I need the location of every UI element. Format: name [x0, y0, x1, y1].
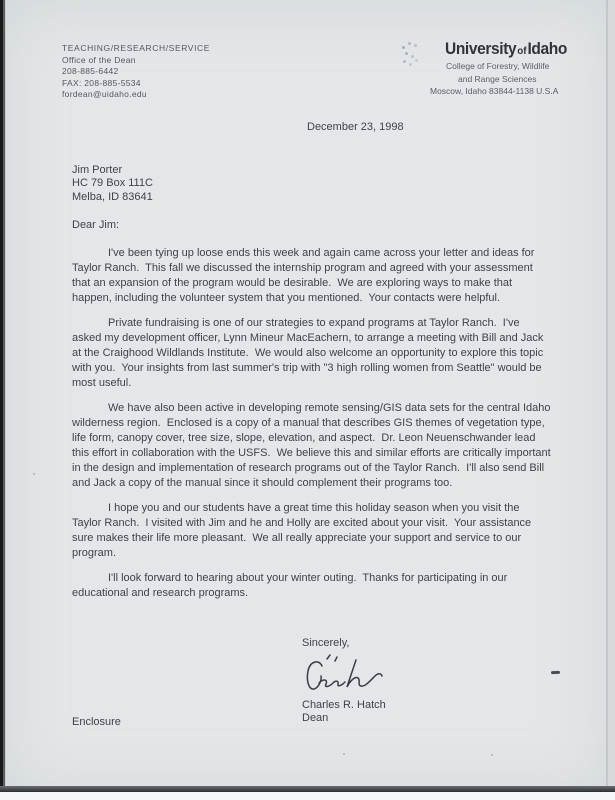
college-line2: and Range Sciences	[458, 74, 608, 84]
email-address: fordean@uidaho.edu	[62, 89, 210, 101]
fax-number: FAX: 208-885-5534	[62, 78, 210, 90]
letter-paragraph-1: I've been tying up loose ends this week …	[72, 246, 551, 306]
college-line1: College of Forestry, Wildlife	[446, 61, 608, 71]
salutation: Dear Jim:	[72, 219, 119, 231]
scan-margin-bottom	[0, 792, 615, 800]
scan-speck	[491, 754, 493, 756]
scan-edge-right	[606, 0, 615, 790]
recipient-address-block: Jim Porter HC 79 Box 111C Melba, ID 8364…	[72, 164, 153, 204]
enclosure-note: Enclosure	[72, 716, 121, 728]
recipient-street: HC 79 Box 111C	[72, 177, 153, 190]
closing-word: Sincerely,	[302, 637, 390, 650]
scan-speck	[33, 473, 35, 475]
scan-edge-left	[0, 0, 6, 792]
recipient-city: Melba, ID 83641	[72, 191, 153, 204]
service-line: TEACHING/RESEARCH/SERVICE	[62, 43, 210, 55]
university-logo-mark	[402, 46, 405, 49]
letterhead-department-block: TEACHING/RESEARCH/SERVICE Office of the …	[62, 43, 210, 101]
closing-block: Sincerely, Charles R. Hatch Dean	[302, 637, 390, 725]
wordmark-of: of	[516, 45, 527, 57]
office-line: Office of the Dean	[62, 55, 210, 67]
university-address: Moscow, Idaho 83844-1138 U.S.A	[430, 86, 608, 96]
wordmark-idaho: Idaho	[527, 40, 566, 58]
scan-dash-artifact	[551, 671, 560, 674]
signer-title: Dean	[302, 712, 390, 725]
signature-handwriting	[298, 654, 390, 698]
recipient-name: Jim Porter	[72, 164, 153, 177]
letter-date: December 23, 1998	[307, 121, 404, 133]
university-wordmark: UniversityofIdaho	[445, 40, 598, 59]
letter-body: I've been tying up loose ends this week …	[72, 246, 551, 611]
letter-paragraph-4: I hope you and our students have a great…	[72, 501, 551, 561]
signer-name: Charles R. Hatch	[302, 699, 390, 712]
letter-paragraph-2: Private fundraising is one of our strate…	[72, 316, 551, 391]
phone-number: 208-885-6442	[62, 66, 210, 78]
letter-paragraph-5: I'll look forward to hearing about your …	[72, 571, 551, 601]
scanned-letter-page: TEACHING/RESEARCH/SERVICE Office of the …	[0, 0, 615, 800]
scan-speck	[343, 753, 345, 755]
letterhead-university-block: UniversityofIdaho College of Forestry, W…	[428, 40, 608, 96]
wordmark-university: University	[445, 40, 516, 58]
letter-paragraph-3: We have also been active in developing r…	[72, 401, 551, 491]
